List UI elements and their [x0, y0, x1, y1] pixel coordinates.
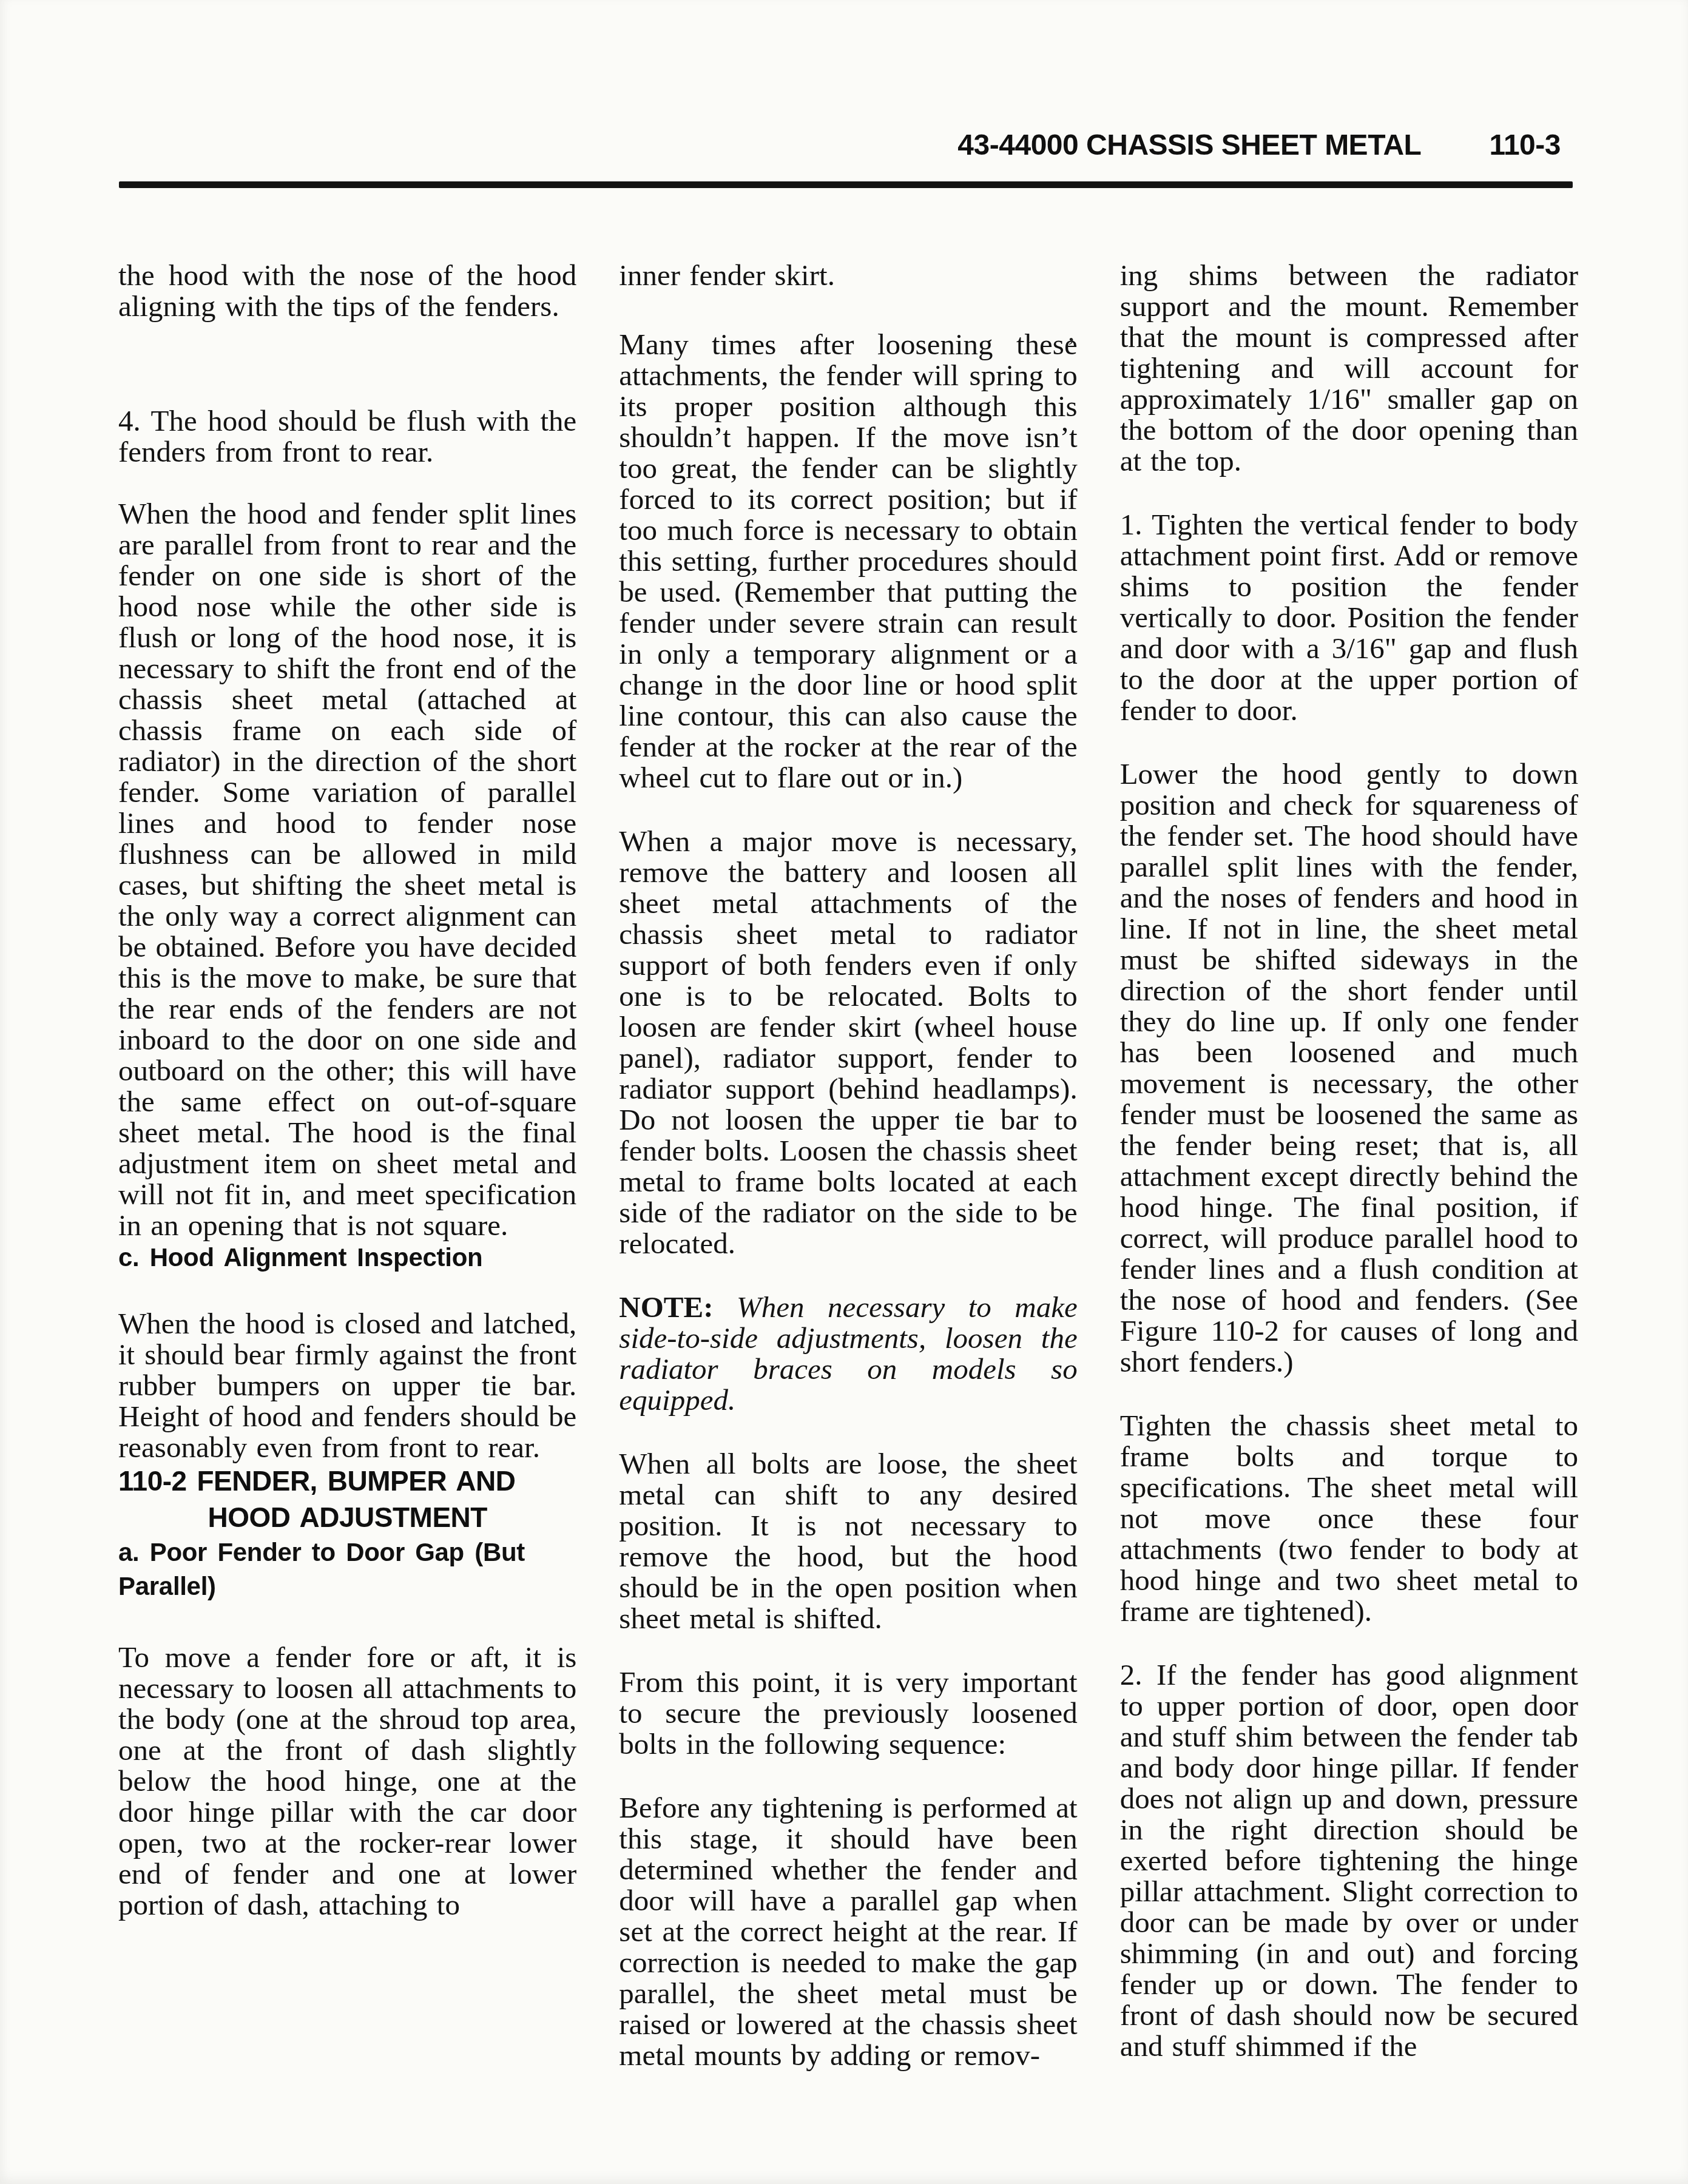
subheading-hood-alignment-inspection: c. Hood Alignment Inspection: [118, 1241, 576, 1275]
column-right: ing shims between the radiator support a…: [1120, 260, 1578, 2071]
page-number: 110-3: [1489, 129, 1561, 162]
paragraph-continued: ing shims between the radiator support a…: [1120, 260, 1578, 476]
section-heading-110-2: 110-2 FENDER, BUMPER AND HOOD ADJUSTMENT: [118, 1463, 576, 1535]
paragraph: To move a fender fore or aft, it is nece…: [118, 1642, 576, 1920]
page-header: 43-44000 CHASSIS SHEET METAL 110-3: [0, 129, 1561, 162]
header-section-title: 43-44000 CHASSIS SHEET METAL: [957, 129, 1421, 162]
paragraph-item-2: 2. If the fender has good alignment to u…: [1120, 1659, 1578, 2061]
paragraph: When all bolts are loose, the sheet meta…: [619, 1448, 1077, 1634]
header-rule: [119, 181, 1573, 188]
paragraph: When the hood and fender split lines are…: [118, 498, 576, 1241]
paragraph-item-4: 4. The hood should be flush with the fen…: [118, 405, 576, 467]
note-paragraph: NOTE: When necessary to make side-to-sid…: [619, 1292, 1077, 1415]
text-columns: the hood with the nose of the hood align…: [118, 260, 1578, 2071]
paragraph: When a major move is necessary, remove t…: [619, 826, 1077, 1259]
paragraph: Many times after loosening these attachm…: [619, 329, 1077, 793]
subheading-poor-fender-to-door-gap: a. Poor Fender to Door Gap (But Parallel…: [118, 1535, 576, 1603]
section-heading-line-1: 110-2 FENDER, BUMPER AND: [118, 1463, 576, 1499]
paragraph-continued-from-previous-page: the hood with the nose of the hood align…: [118, 260, 576, 322]
column-middle: inner fender skirt. Many times after loo…: [619, 260, 1077, 2071]
paragraph: From this point, it is very important to…: [619, 1667, 1077, 1759]
note-label: NOTE:: [619, 1290, 713, 1324]
paragraph-item-1: 1. Tighten the vertical fender to body a…: [1120, 509, 1578, 726]
column-left: the hood with the nose of the hood align…: [118, 260, 576, 2071]
paragraph: Tighten the chassis sheet metal to frame…: [1120, 1410, 1578, 1626]
scan-artifact-mark: ’: [1067, 331, 1076, 362]
section-heading-line-2: HOOD ADJUSTMENT: [118, 1499, 576, 1535]
paragraph-continued: inner fender skirt.: [619, 260, 1077, 291]
manual-page: 43-44000 CHASSIS SHEET METAL 110-3 the h…: [0, 0, 1688, 2184]
paragraph: When the hood is closed and latched, it …: [118, 1308, 576, 1463]
paragraph: Before any tightening is performed at th…: [619, 1792, 1077, 2071]
paragraph: Lower the hood gently to down position a…: [1120, 758, 1578, 1377]
